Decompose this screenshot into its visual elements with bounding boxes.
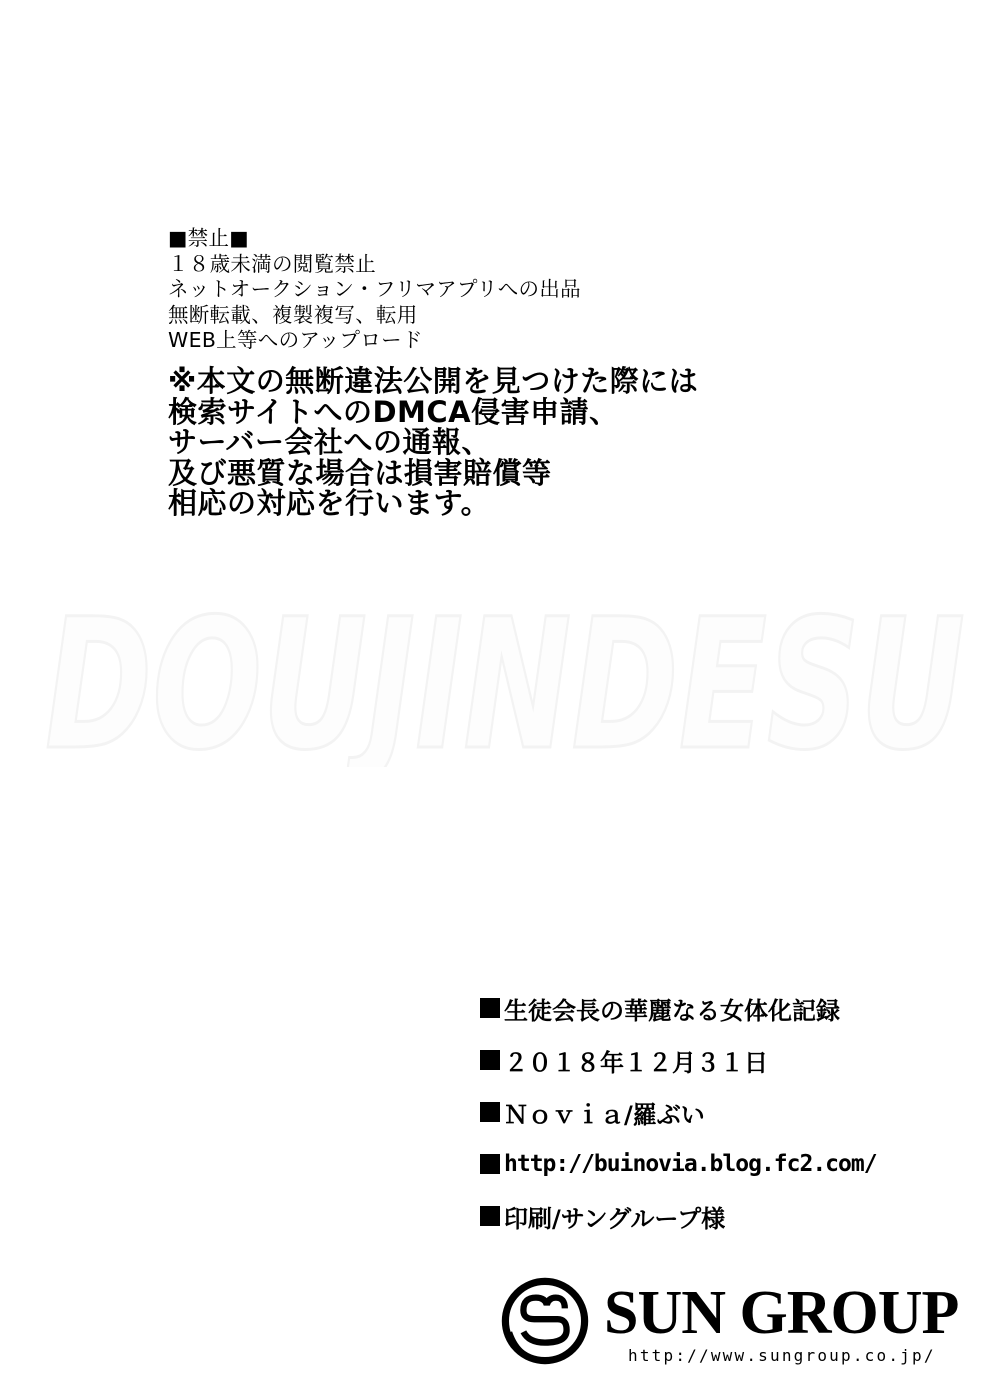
- prohibition-item: ネットオークション・フリマアプリへの出品: [168, 277, 581, 303]
- warning-line: 及び悪質な場合は損害賠償等: [168, 458, 698, 489]
- prohibition-item: WEB上等へのアップロード: [168, 328, 581, 354]
- colophon-printer: 印刷/サングループ様: [480, 1190, 877, 1242]
- website-link[interactable]: http://buinovia.blog.fc2.com/: [504, 1151, 877, 1177]
- prohibition-heading: ■禁止■: [168, 226, 581, 252]
- square-bullet-icon: [480, 998, 500, 1018]
- colophon-author: Ｎｏｖｉａ/羅ぶい: [480, 1086, 877, 1138]
- prohibition-notice: ■禁止■ １８歳未満の閲覧禁止 ネットオークション・フリマアプリへの出品 無断転…: [168, 226, 581, 354]
- printer-name: SUN GROUP: [604, 1280, 958, 1346]
- prohibition-item: 無断転載、複製複写、転用: [168, 303, 581, 329]
- colophon: 生徒会長の華麗なる女体化記録 ２０１８年１２月３１日 Ｎｏｖｉａ/羅ぶい htt…: [480, 982, 877, 1242]
- warning-line: 相応の対応を行います。: [168, 488, 698, 519]
- warning-line: サーバー会社への通報、: [168, 427, 698, 458]
- printer-logo: SUN GROUP http://www.sungroup.co.jp/: [500, 1276, 970, 1376]
- colophon-website: http://buinovia.blog.fc2.com/: [480, 1138, 877, 1190]
- printer-url[interactable]: http://www.sungroup.co.jp/: [628, 1346, 936, 1365]
- square-bullet-icon: [480, 1206, 500, 1226]
- square-bullet-icon: [480, 1050, 500, 1070]
- warning-line: 検索サイトへのDMCA侵害申請、: [168, 397, 698, 428]
- warning-line: ※本文の無断違法公開を見つけた際には: [168, 366, 698, 397]
- legal-warning: ※本文の無断違法公開を見つけた際には 検索サイトへのDMCA侵害申請、 サーバー…: [168, 366, 698, 519]
- colophon-date: ２０１８年１２月３１日: [480, 1034, 877, 1086]
- square-bullet-icon: [480, 1102, 500, 1122]
- watermark-text: DOUJINDESU: [45, 592, 965, 767]
- colophon-title: 生徒会長の華麗なる女体化記録: [480, 982, 877, 1034]
- square-bullet-icon: [480, 1154, 500, 1174]
- sun-group-circle-s-icon: [500, 1276, 590, 1366]
- prohibition-item: １８歳未満の閲覧禁止: [168, 252, 581, 278]
- watermark-logo: DOUJINDESU: [40, 592, 970, 767]
